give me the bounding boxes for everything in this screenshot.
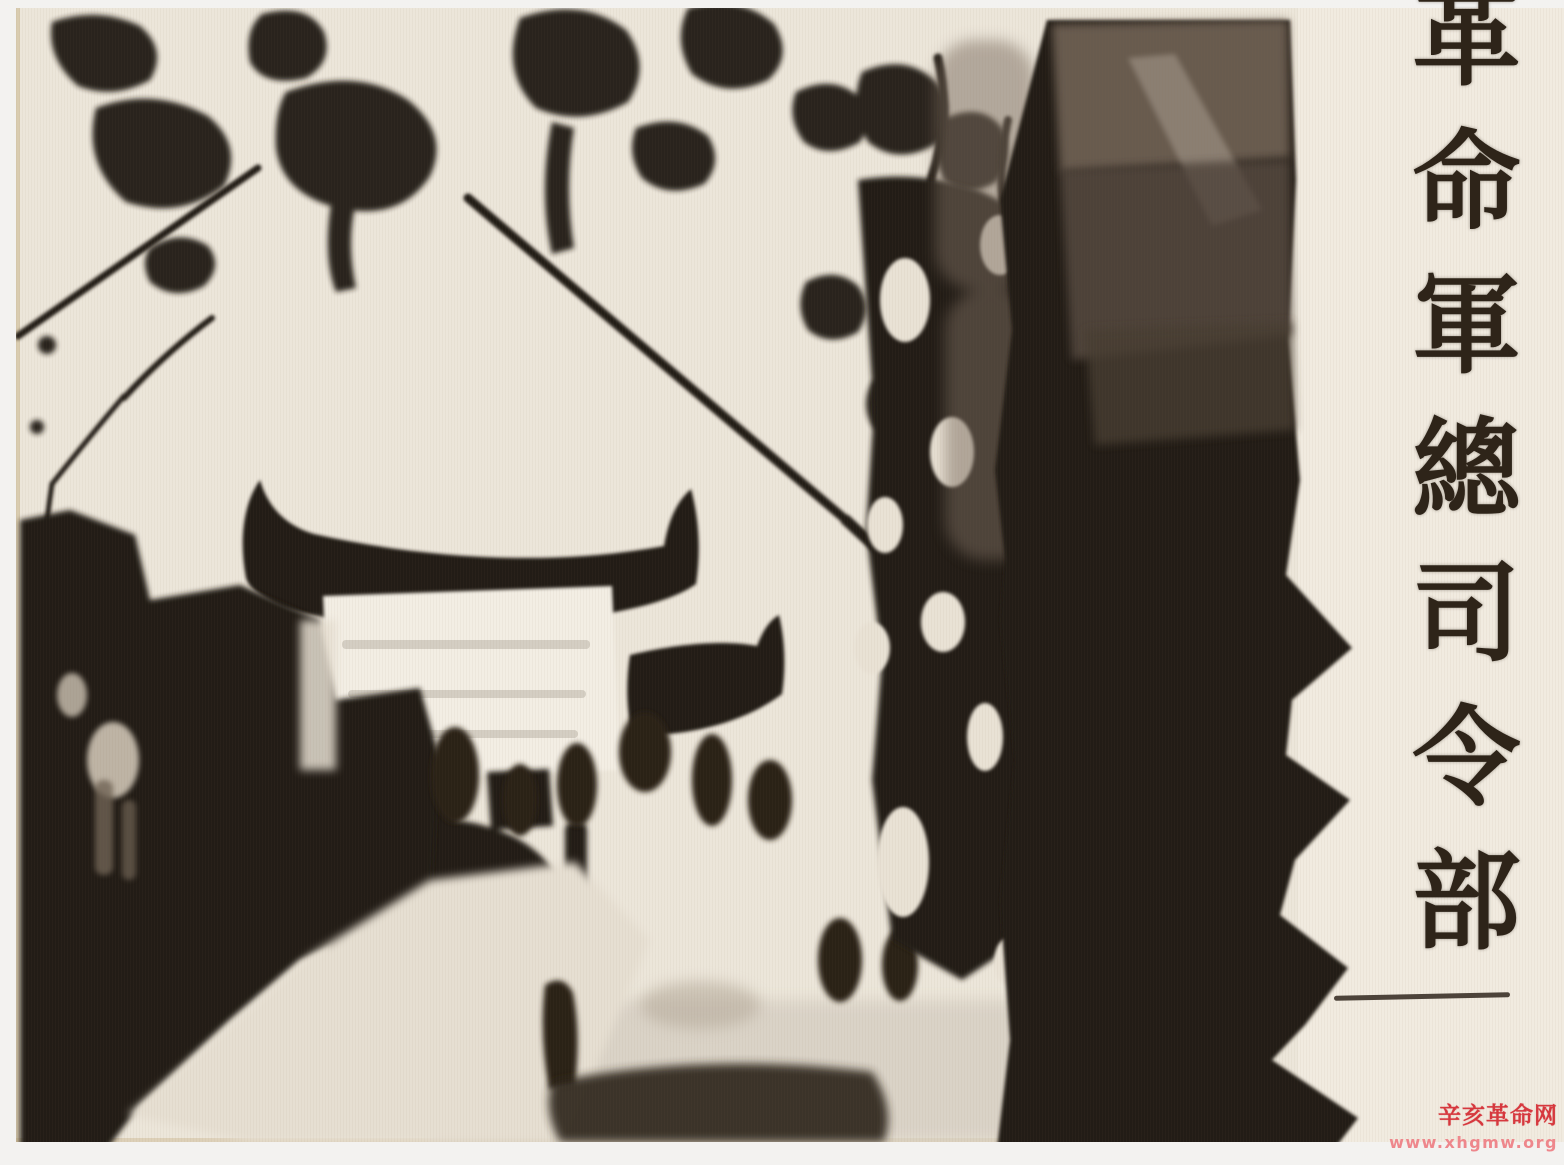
photo-edge-left [16, 8, 20, 1142]
bottom-shadow-smudge [549, 1064, 888, 1142]
historical-photograph [16, 8, 1564, 1142]
photo-caption: 革命軍總司令部 [1402, 0, 1510, 1010]
doorway-light-gap [87, 722, 139, 798]
figure-silhouette-left-2 [122, 800, 136, 880]
wall-light-gap [300, 620, 336, 770]
site-watermark: 辛亥革命网 www.xhgmw.org [1258, 1100, 1558, 1154]
window-light-gap [57, 673, 87, 717]
photo-artwork [16, 8, 1564, 1142]
watermark-site-name: 辛亥革命网 [1258, 1100, 1558, 1132]
page-background: 革命軍總司令部 辛亥革命网 www.xhgmw.org [0, 0, 1564, 1165]
watermark-site-url: www.xhgmw.org [1258, 1132, 1558, 1154]
figure-silhouette-left [95, 780, 113, 875]
street-smudge [640, 981, 760, 1029]
